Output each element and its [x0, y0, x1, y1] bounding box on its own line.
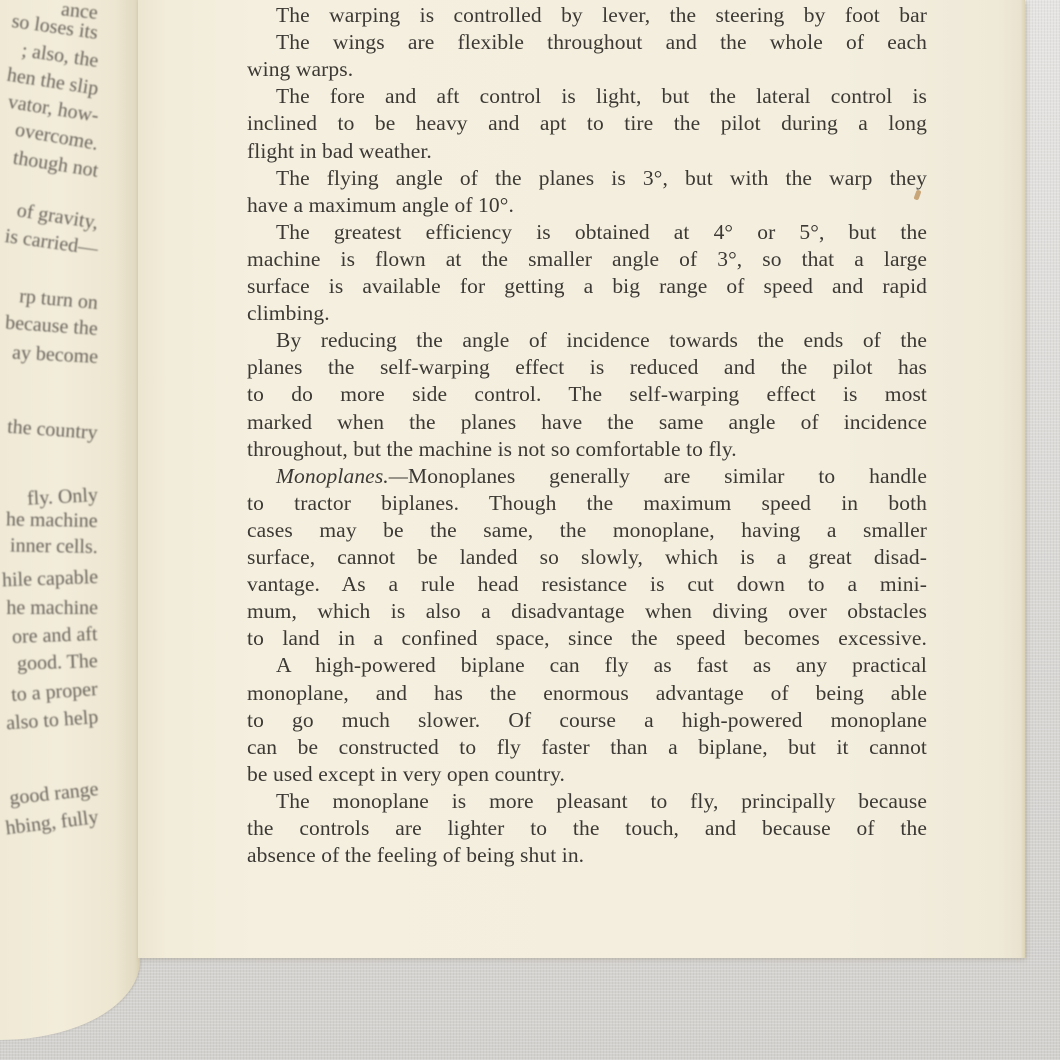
- line-text: surface is available for getting a big r…: [247, 274, 927, 298]
- text-line: the controls are lighter to the touch, a…: [247, 815, 927, 842]
- left-page-fragment: hbing, fully: [4, 806, 99, 840]
- line-text: mum, which is also a disadvantage when d…: [247, 599, 927, 623]
- line-text: The warping is controlled by lever, the …: [276, 3, 927, 27]
- text-line: to go much slower. Of course a high-powe…: [247, 707, 927, 734]
- line-text: can be constructed to fly faster than a …: [247, 735, 927, 759]
- line-text: The greatest efficiency is obtained at 4…: [276, 220, 927, 244]
- line-text: flight in bad weather.: [247, 139, 432, 163]
- text-line: A high-powered biplane can fly as fast a…: [276, 652, 927, 679]
- text-line: The greatest efficiency is obtained at 4…: [276, 219, 927, 246]
- text-line: By reducing the angle of incidence towar…: [276, 327, 927, 354]
- line-text: absence of the feeling of being shut in.: [247, 843, 584, 867]
- text-line: wing warps.: [247, 56, 927, 83]
- text-line: monoplane, and has the enormous advantag…: [247, 680, 927, 707]
- line-text: By reducing the angle of incidence towar…: [276, 328, 927, 352]
- line-text: the controls are lighter to the touch, a…: [247, 816, 927, 840]
- text-line: can be constructed to fly faster than a …: [247, 734, 927, 761]
- text-line: cases may be the same, the monoplane, ha…: [247, 517, 927, 544]
- text-line: marked when the planes have the same ang…: [247, 409, 927, 436]
- left-page-fragment: the country: [7, 416, 99, 445]
- line-text: The fore and aft control is light, but t…: [276, 84, 927, 108]
- line-text: surface, cannot be landed so slowly, whi…: [247, 545, 927, 569]
- left-page: anceso loses its; also, thehen the slipv…: [0, 0, 140, 1040]
- text-line: The monoplane is more pleasant to fly, p…: [276, 788, 927, 815]
- page-edge: [1021, 0, 1025, 958]
- text-line: absence of the feeling of being shut in.: [247, 842, 927, 869]
- line-text: be used except in very open country.: [247, 762, 565, 786]
- left-page-fragment: fly. Only: [27, 484, 99, 511]
- text-line: The fore and aft control is light, but t…: [276, 83, 927, 110]
- text-line: planes the self-warping effect is reduce…: [247, 354, 927, 381]
- line-text: A high-powered biplane can fly as fast a…: [276, 653, 927, 677]
- text-line: The warping is controlled by lever, the …: [276, 2, 927, 29]
- left-page-fragment: he machine: [6, 597, 98, 620]
- left-page-fragment: inner cells.: [10, 534, 98, 559]
- text-line: mum, which is also a disadvantage when d…: [247, 598, 927, 625]
- line-text: cases may be the same, the monoplane, ha…: [247, 518, 927, 542]
- text-line: have a maximum angle of 10°.: [247, 192, 927, 219]
- line-text: climbing.: [247, 301, 330, 325]
- line-text: Monoplanes generally are similar to hand…: [408, 464, 927, 488]
- line-text: to do more side control. The self-warpin…: [247, 382, 927, 406]
- left-page-fragment: ore and aft: [12, 623, 98, 649]
- left-page-fragment: rp turn on: [18, 285, 99, 315]
- left-page-fragment: good range: [8, 778, 99, 810]
- text-line: The wings are flexible throughout and th…: [276, 29, 927, 56]
- left-page-fragment: also to help: [5, 706, 99, 735]
- left-page-fragment: he machine: [6, 508, 98, 533]
- left-page-fragment: good. The: [17, 650, 98, 676]
- line-text: throughout, but the machine is not so co…: [247, 437, 737, 461]
- line-text: machine is flown at the smaller angle of…: [247, 247, 927, 271]
- left-page-fragment: to a proper: [11, 678, 99, 707]
- text-line: to tractor biplanes. Though the maximum …: [247, 490, 927, 517]
- left-page-fragment: ay become: [11, 342, 98, 369]
- line-text: have a maximum angle of 10°.: [247, 193, 514, 217]
- line-text: inclined to be heavy and apt to tire the…: [247, 111, 927, 135]
- line-text: to go much slower. Of course a high-powe…: [247, 708, 927, 732]
- text-line: vantage. As a rule head resistance is cu…: [247, 571, 927, 598]
- line-text: marked when the planes have the same ang…: [247, 410, 927, 434]
- text-line: be used except in very open country.: [247, 761, 927, 788]
- line-text: monoplane, and has the enormous advantag…: [247, 681, 927, 705]
- text-line: surface is available for getting a big r…: [247, 273, 927, 300]
- text-line: inclined to be heavy and apt to tire the…: [247, 110, 927, 137]
- text-line: climbing.: [247, 300, 927, 327]
- line-text: The monoplane is more pleasant to fly, p…: [276, 789, 927, 813]
- text-line: to do more side control. The self-warpin…: [247, 381, 927, 408]
- left-page-fragment: because the: [5, 312, 99, 341]
- text-line: throughout, but the machine is not so co…: [247, 436, 927, 463]
- text-line: to land in a confined space, since the s…: [247, 625, 927, 652]
- line-text: to tractor biplanes. Though the maximum …: [247, 491, 927, 515]
- text-line: flight in bad weather.: [247, 138, 927, 165]
- section-heading: Monoplanes.—: [276, 464, 408, 488]
- text-line: The flying angle of the planes is 3°, bu…: [276, 165, 927, 192]
- text-line: Monoplanes.—Monoplanes generally are sim…: [276, 463, 927, 490]
- line-text: vantage. As a rule head resistance is cu…: [247, 572, 927, 596]
- text-line: surface, cannot be landed so slowly, whi…: [247, 544, 927, 571]
- line-text: The wings are flexible throughout and th…: [276, 30, 927, 54]
- text-line: machine is flown at the smaller angle of…: [247, 246, 927, 273]
- left-page-fragment: hile capable: [2, 566, 99, 592]
- line-text: The flying angle of the planes is 3°, bu…: [276, 166, 927, 190]
- line-text: wing warps.: [247, 57, 353, 81]
- line-text: planes the self-warping effect is reduce…: [247, 355, 927, 379]
- line-text: to land in a confined space, since the s…: [247, 626, 927, 650]
